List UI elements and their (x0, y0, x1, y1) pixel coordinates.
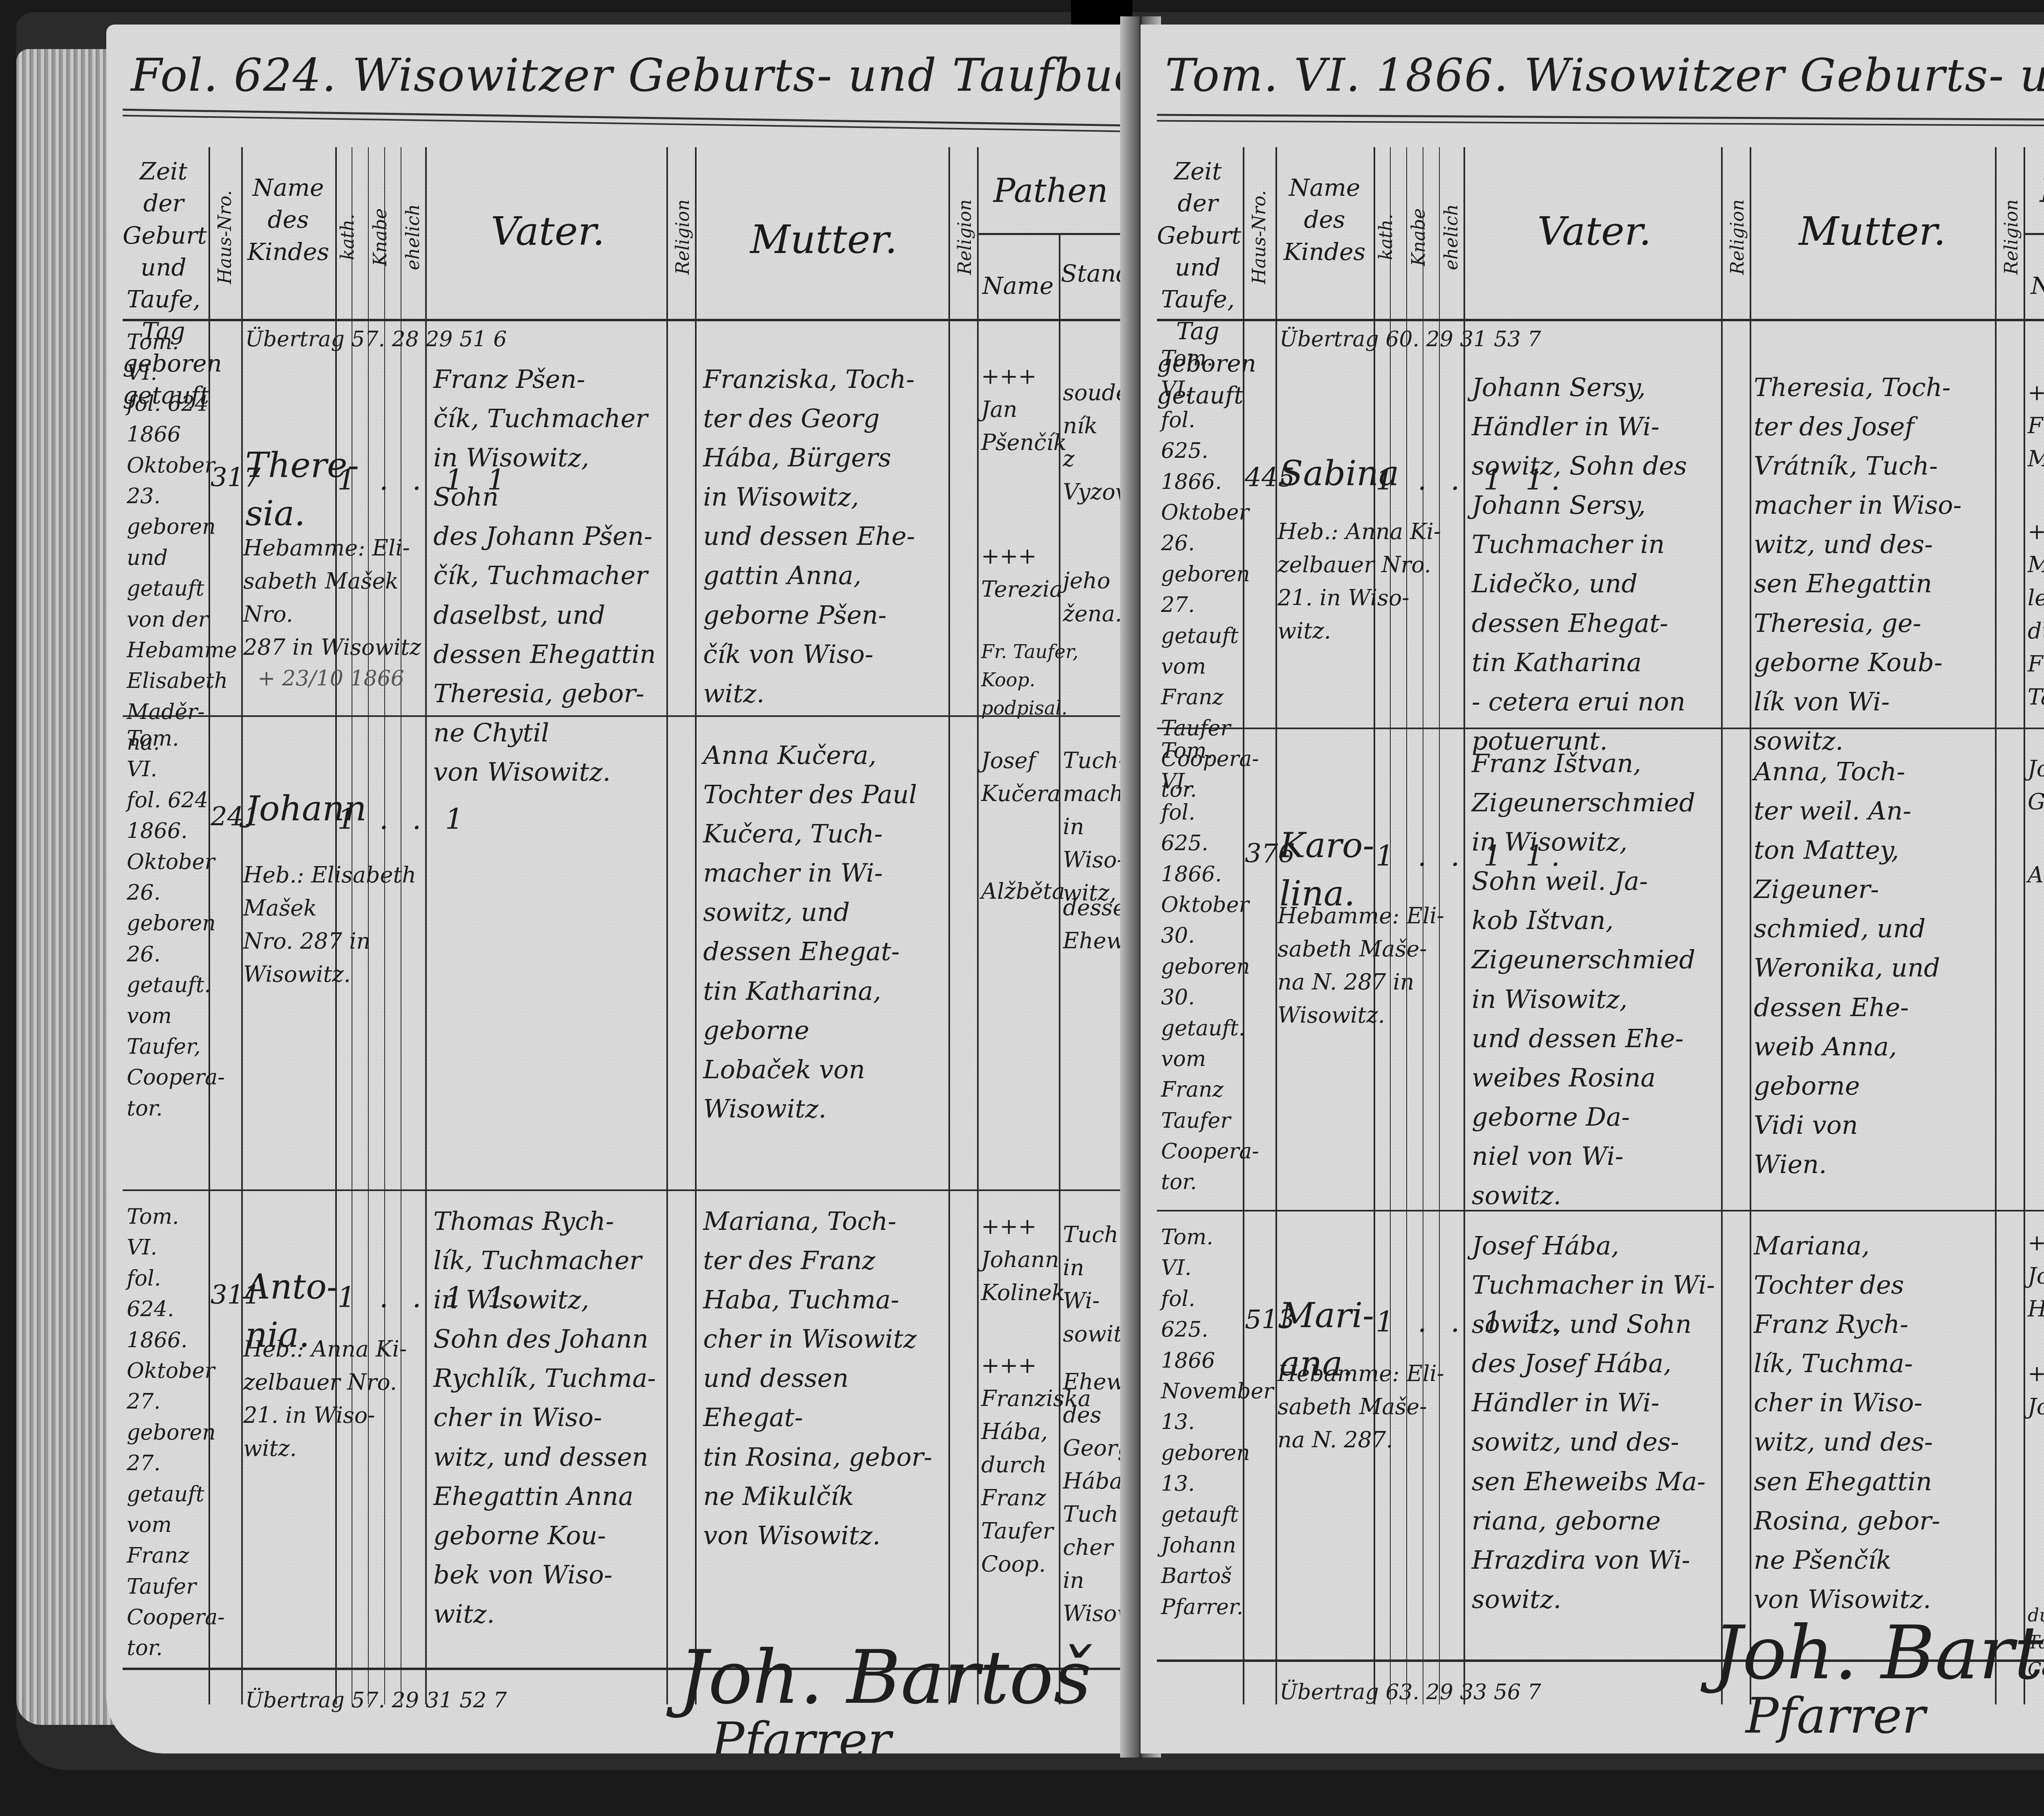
header-godparents: Pathen (2028, 172, 2044, 210)
godparent-name: +++ Terezia (981, 540, 1059, 606)
entry-mother: Anna Kučera, Tochter des Paul Kučera, Tu… (703, 736, 948, 1129)
row-divider (123, 1189, 1120, 1191)
col-divider (977, 147, 979, 1704)
col-divider (2024, 147, 2025, 1704)
right-page-title: Tom. VI. 1866. Wisowitzer Geburts- und T… (1165, 49, 2044, 110)
godparent-name: Josef Kučera (981, 744, 1059, 810)
godparent-signature: Fr. Taufer, Koop. podpisal. (981, 638, 1128, 722)
title-rule (1157, 114, 2044, 127)
right-register-table: Zeit der Geburt und Taufe, Tag geboren g… (1157, 147, 2044, 1704)
entry-death-note: + 23/10 1866 (258, 666, 404, 691)
col-divider (425, 147, 427, 1704)
header-godparent-name: Name (979, 270, 1057, 302)
signature-role: Pfarrer (1746, 1688, 2044, 1744)
header-mother: Mutter. (703, 217, 944, 262)
godparent-subheader-rule (2024, 233, 2044, 235)
col-divider (695, 147, 697, 1704)
col-divider (948, 147, 950, 1704)
godparent-status: Tuch- macher in Wiso- witz, (1063, 744, 1124, 909)
entry-father: Franz Ištvan, Zigeunerschmied in Wisowit… (1472, 744, 1717, 1215)
godparent-status: dessen Ehewib. (1063, 891, 1124, 957)
signature-name: Joh. Bartoš (679, 1635, 1091, 1720)
godparent-name: +++ Josefa (2028, 1357, 2044, 1423)
entry-mother: Anna, Toch- ter weil. An- ton Mattey, Zi… (1754, 752, 1995, 1184)
godparent-name: Alžběta (981, 875, 1059, 908)
godparent-subheader-rule (977, 233, 1120, 235)
entry-midwife: Hebamme: Eli- sabeth Maše- na N. 287. (1277, 1357, 1461, 1456)
entry-father: Johann Sersy, Händler in Wi- sowitz, Soh… (1472, 368, 1717, 761)
header-child-name: Name des Kindes (1280, 172, 1369, 268)
entry-date: Tom. VI. fol. 625. 1866 November 13. geb… (1161, 1222, 1243, 1623)
header-godparents: Pathen (981, 172, 1120, 210)
right-page: Tom. VI. 1866. Wisowitzer Geburts- und T… (1141, 25, 2044, 1753)
col-divider (241, 147, 243, 1704)
entry-midwife: Heb.: Anna Ki- zelbauer Nro. 21. in Wiso… (1277, 515, 1461, 647)
entry-midwife: Heb.: Anna Ki- zelbauer Nro. 21. in Wiso… (243, 1332, 423, 1465)
godparent-name: +++ Jan Pšenčík (981, 360, 1059, 459)
entry-date: Tom. VI. fol. 624 1866. Oktober 26. gebo… (127, 723, 208, 1124)
left-page-title: Fol. 624. Wisowitzer Geburts- und Taufbu… (131, 49, 1112, 110)
header-mother-religion: Religion (2001, 163, 2022, 311)
col-divider (1275, 147, 1277, 1704)
entry-father: Josef Hába, Tuchmacher in Wi- sowitz, un… (1472, 1226, 1717, 1619)
entry-midwife: Hebamme: Eli- sabeth Mašek Nro. 287 in W… (243, 531, 423, 664)
header-religion: kath. (1376, 163, 1396, 311)
header-godparent-status: Stand (1061, 258, 1122, 289)
entry-mother: Franziska, Toch- ter des Georg Hába, Bür… (703, 360, 948, 713)
left-register-table: Zeit der Geburt und Taufe, Tag geboren g… (123, 147, 1120, 1704)
header-religion: kath. (337, 163, 358, 311)
godparent-status: soude- ník z Vyzovic (1063, 376, 1124, 508)
header-sex: Knabe (1408, 163, 1429, 311)
godparent-status: Eheweib des Georg Hába, Tuchma- cher in … (1063, 1365, 1124, 1630)
page-edges-left (16, 49, 114, 1725)
header-sex: Knabe (370, 163, 391, 311)
header-mother-religion: Religion (955, 163, 975, 311)
godparent-status: Tuchmacher in Wi- sowitz. (1063, 1218, 1124, 1350)
header-father-religion: Religion (672, 163, 693, 311)
header-father: Vater. (1472, 208, 1717, 254)
entry-child-name: Johann (245, 785, 335, 833)
entry-date: Tom. VI. fol. 625. 1866. Oktober 30. geb… (1161, 736, 1243, 1198)
godparent-name: +++ Magda- lena durch Franz Taufer (2028, 515, 2044, 714)
signature-name: Joh. Bartoš (1713, 1610, 2044, 1696)
left-page: Fol. 624. Wisowitzer Geburts- und Taufbu… (106, 25, 1136, 1753)
header-legitimacy: ehelich (403, 163, 424, 311)
godparent-name: Anna (2028, 858, 2044, 891)
col-divider (1995, 147, 1997, 1704)
pastor-signature: Joh. Bartoš Pfarrer (1713, 1610, 2044, 1744)
col-divider (666, 147, 668, 1704)
header-house-no: Haus-Nro. (215, 163, 235, 311)
col-divider (1721, 147, 1723, 1704)
header-house-no: Haus-Nro. (1249, 163, 1270, 311)
carry-in-totals: Übertrag 60. 29 31 53 7 (1280, 327, 1541, 352)
title-rule (123, 109, 1120, 132)
col-divider (1243, 147, 1244, 1704)
carry-out-totals: Übertrag 57. 29 31 52 7 (245, 1688, 507, 1713)
header-father: Vater. (433, 208, 662, 254)
entry-child-name: Sabina (1280, 450, 1374, 498)
entry-midwife: Heb.: Elisabeth Mašek Nro. 287 in Wisowi… (243, 858, 423, 991)
header-mother: Mutter. (1754, 208, 1991, 254)
carry-in-totals: Übertrag 57. 28 29 51 6 (245, 327, 507, 352)
col-divider (1750, 147, 1751, 1704)
godparent-status: jeho žena. (1063, 564, 1124, 630)
entry-mother: Mariana, Tochter des Franz Rych- lík, Tu… (1754, 1226, 1995, 1619)
pastor-signature: Joh. Bartoš Pfarrer (679, 1635, 1091, 1753)
entry-child-name: There- sia. (245, 441, 335, 537)
entry-marks: 1 . . 1 (337, 797, 471, 842)
entry-father: Franz Pšen- čík, Tuchmacher in Wisowitz,… (433, 360, 662, 792)
col-divider (1464, 147, 1465, 1704)
entry-date: Tom. VI. fol. 624 1866 Oktober 23. gebor… (127, 327, 208, 758)
header-godparent-name: Name (2026, 270, 2044, 302)
header-father-religion: Religion (1727, 163, 1748, 311)
carry-out-totals: Übertrag 63. 29 33 56 7 (1280, 1680, 1541, 1704)
header-rule (1157, 319, 2044, 321)
godparent-name: +++ Franziska Hába, durch Franz Taufer C… (981, 1349, 1059, 1581)
entry-father: Thomas Rych- lík, Tuchmacher in Wisowitz… (433, 1202, 662, 1634)
header-legitimacy: ehelich (1441, 163, 1462, 311)
entry-mother: Mariana, Toch- ter des Franz Haba, Tuchm… (703, 1202, 948, 1555)
godparent-name: +++ Josef Hába (2028, 1226, 2044, 1326)
entry-date: Tom. VI. fol. 624. 1866. Oktober 27. geb… (127, 1202, 208, 1664)
entry-mother: Theresia, Toch- ter des Josef Vrátník, T… (1754, 368, 1995, 761)
entry-midwife: Hebamme: Eli- sabeth Maše- na N. 287 in … (1277, 899, 1461, 1032)
header-child-name: Name des Kindes (245, 172, 331, 268)
godparent-name: +++ Johann Kolinek (981, 1210, 1059, 1309)
godparent-name: +++ Franz Morštuk (2028, 376, 2044, 475)
header-rule (123, 319, 1120, 321)
godparent-name: Josef Gabmann (2028, 752, 2044, 818)
